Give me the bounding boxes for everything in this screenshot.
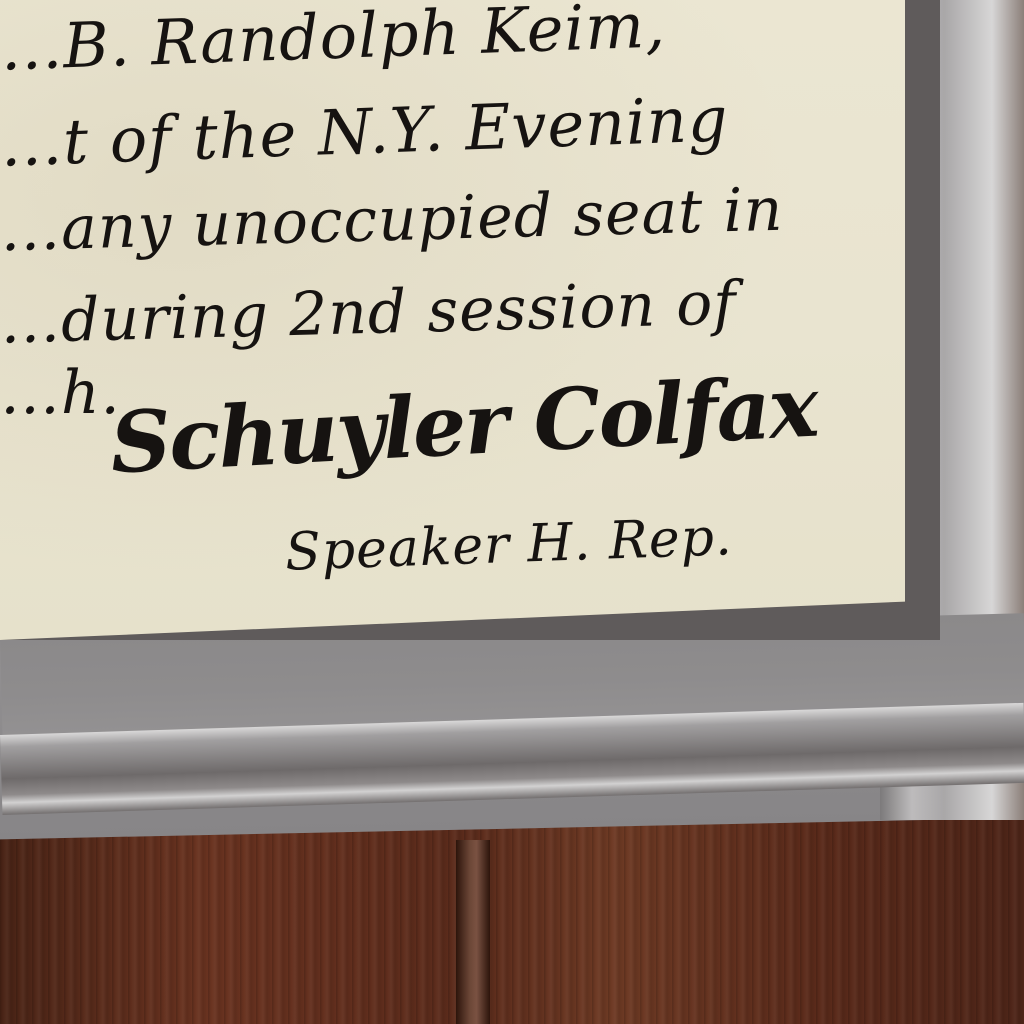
document-line: …any unoccupied seat in bbox=[0, 175, 784, 265]
document-line: …t of the N.Y. Evening bbox=[0, 82, 730, 180]
handwritten-document: …B. Randolph Keim, …t of the N.Y. Evenin… bbox=[0, 0, 905, 640]
document-line: …B. Randolph Keim, bbox=[0, 0, 667, 85]
document-line: …h. bbox=[0, 358, 121, 428]
signer-title: Speaker H. Rep. bbox=[284, 507, 733, 583]
wood-board-seam bbox=[456, 840, 490, 1024]
document-line: …during 2nd session of bbox=[0, 268, 737, 357]
signature: Schuyler Colfax bbox=[108, 357, 819, 493]
